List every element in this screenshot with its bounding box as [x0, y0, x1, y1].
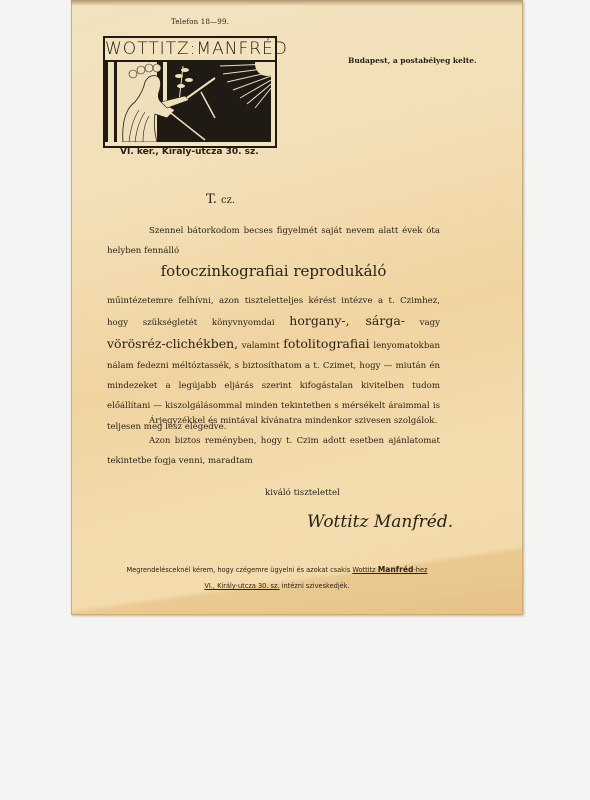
signature: Wottitz Manfréd. [307, 512, 453, 532]
footer-note: Megrendelésceknél kérem, hogy czégemre ü… [107, 562, 447, 594]
place-date-line: Budapest, a postabélyeg kelte. [348, 56, 477, 65]
footer-suffix: -hez [413, 566, 427, 574]
company-logo: WOTTITZ:MANFRÉD [103, 36, 277, 148]
paragraph-hope: Azon biztos reményben, hogy t. Czim adot… [107, 431, 440, 472]
footer-text-b: intézni sziveskedjék. [280, 582, 350, 590]
telefon-number: Telefon 18—99. [171, 18, 229, 26]
salutation-rest: cz. [221, 195, 235, 206]
paragraph-intro: Szennel bátorkodom becses figyelmét sajá… [107, 221, 440, 262]
offer-text-b: vagy [405, 318, 440, 328]
offer-emphasis-brass: horgany-, sárga- [289, 313, 405, 328]
logo-illustration [105, 62, 275, 146]
woman-with-sun-illustration-icon [105, 62, 271, 142]
footer-address: VI., Király-utcza 30. sz. [204, 582, 279, 590]
offer-emphasis-copper: vörösréz-clichékben, [107, 336, 238, 351]
footer-name: Wottitz [352, 566, 375, 574]
business-headline: fotoczinkografiai reprodukáló [107, 262, 440, 280]
footer-line-1: Megrendelésceknél kérem, hogy czégemre ü… [107, 562, 447, 578]
company-address: VI. ker., Király-utcza 30. sz. [120, 147, 259, 157]
footer-name-bold: Manfréd [378, 565, 414, 574]
footer-text-a: Megrendelésceknél kérem, hogy czégemre ü… [127, 566, 353, 574]
offer-text-c: valamint [238, 341, 283, 351]
footer-line-2: VI., Király-utcza 30. sz. intézni szives… [107, 578, 447, 594]
salutation-initial: T. [206, 192, 217, 207]
paper-top-edge [71, 0, 523, 6]
salutation: T. cz. [206, 192, 235, 207]
paragraph-pricelist: Árjegyzékkel és mintával kívánatra minde… [107, 411, 440, 431]
closing-phrase: kiváló tisztelettel [265, 488, 340, 498]
logo-title: WOTTITZ:MANFRÉD [105, 38, 275, 62]
offer-emphasis-lithography: fotolitografiai [283, 336, 369, 351]
